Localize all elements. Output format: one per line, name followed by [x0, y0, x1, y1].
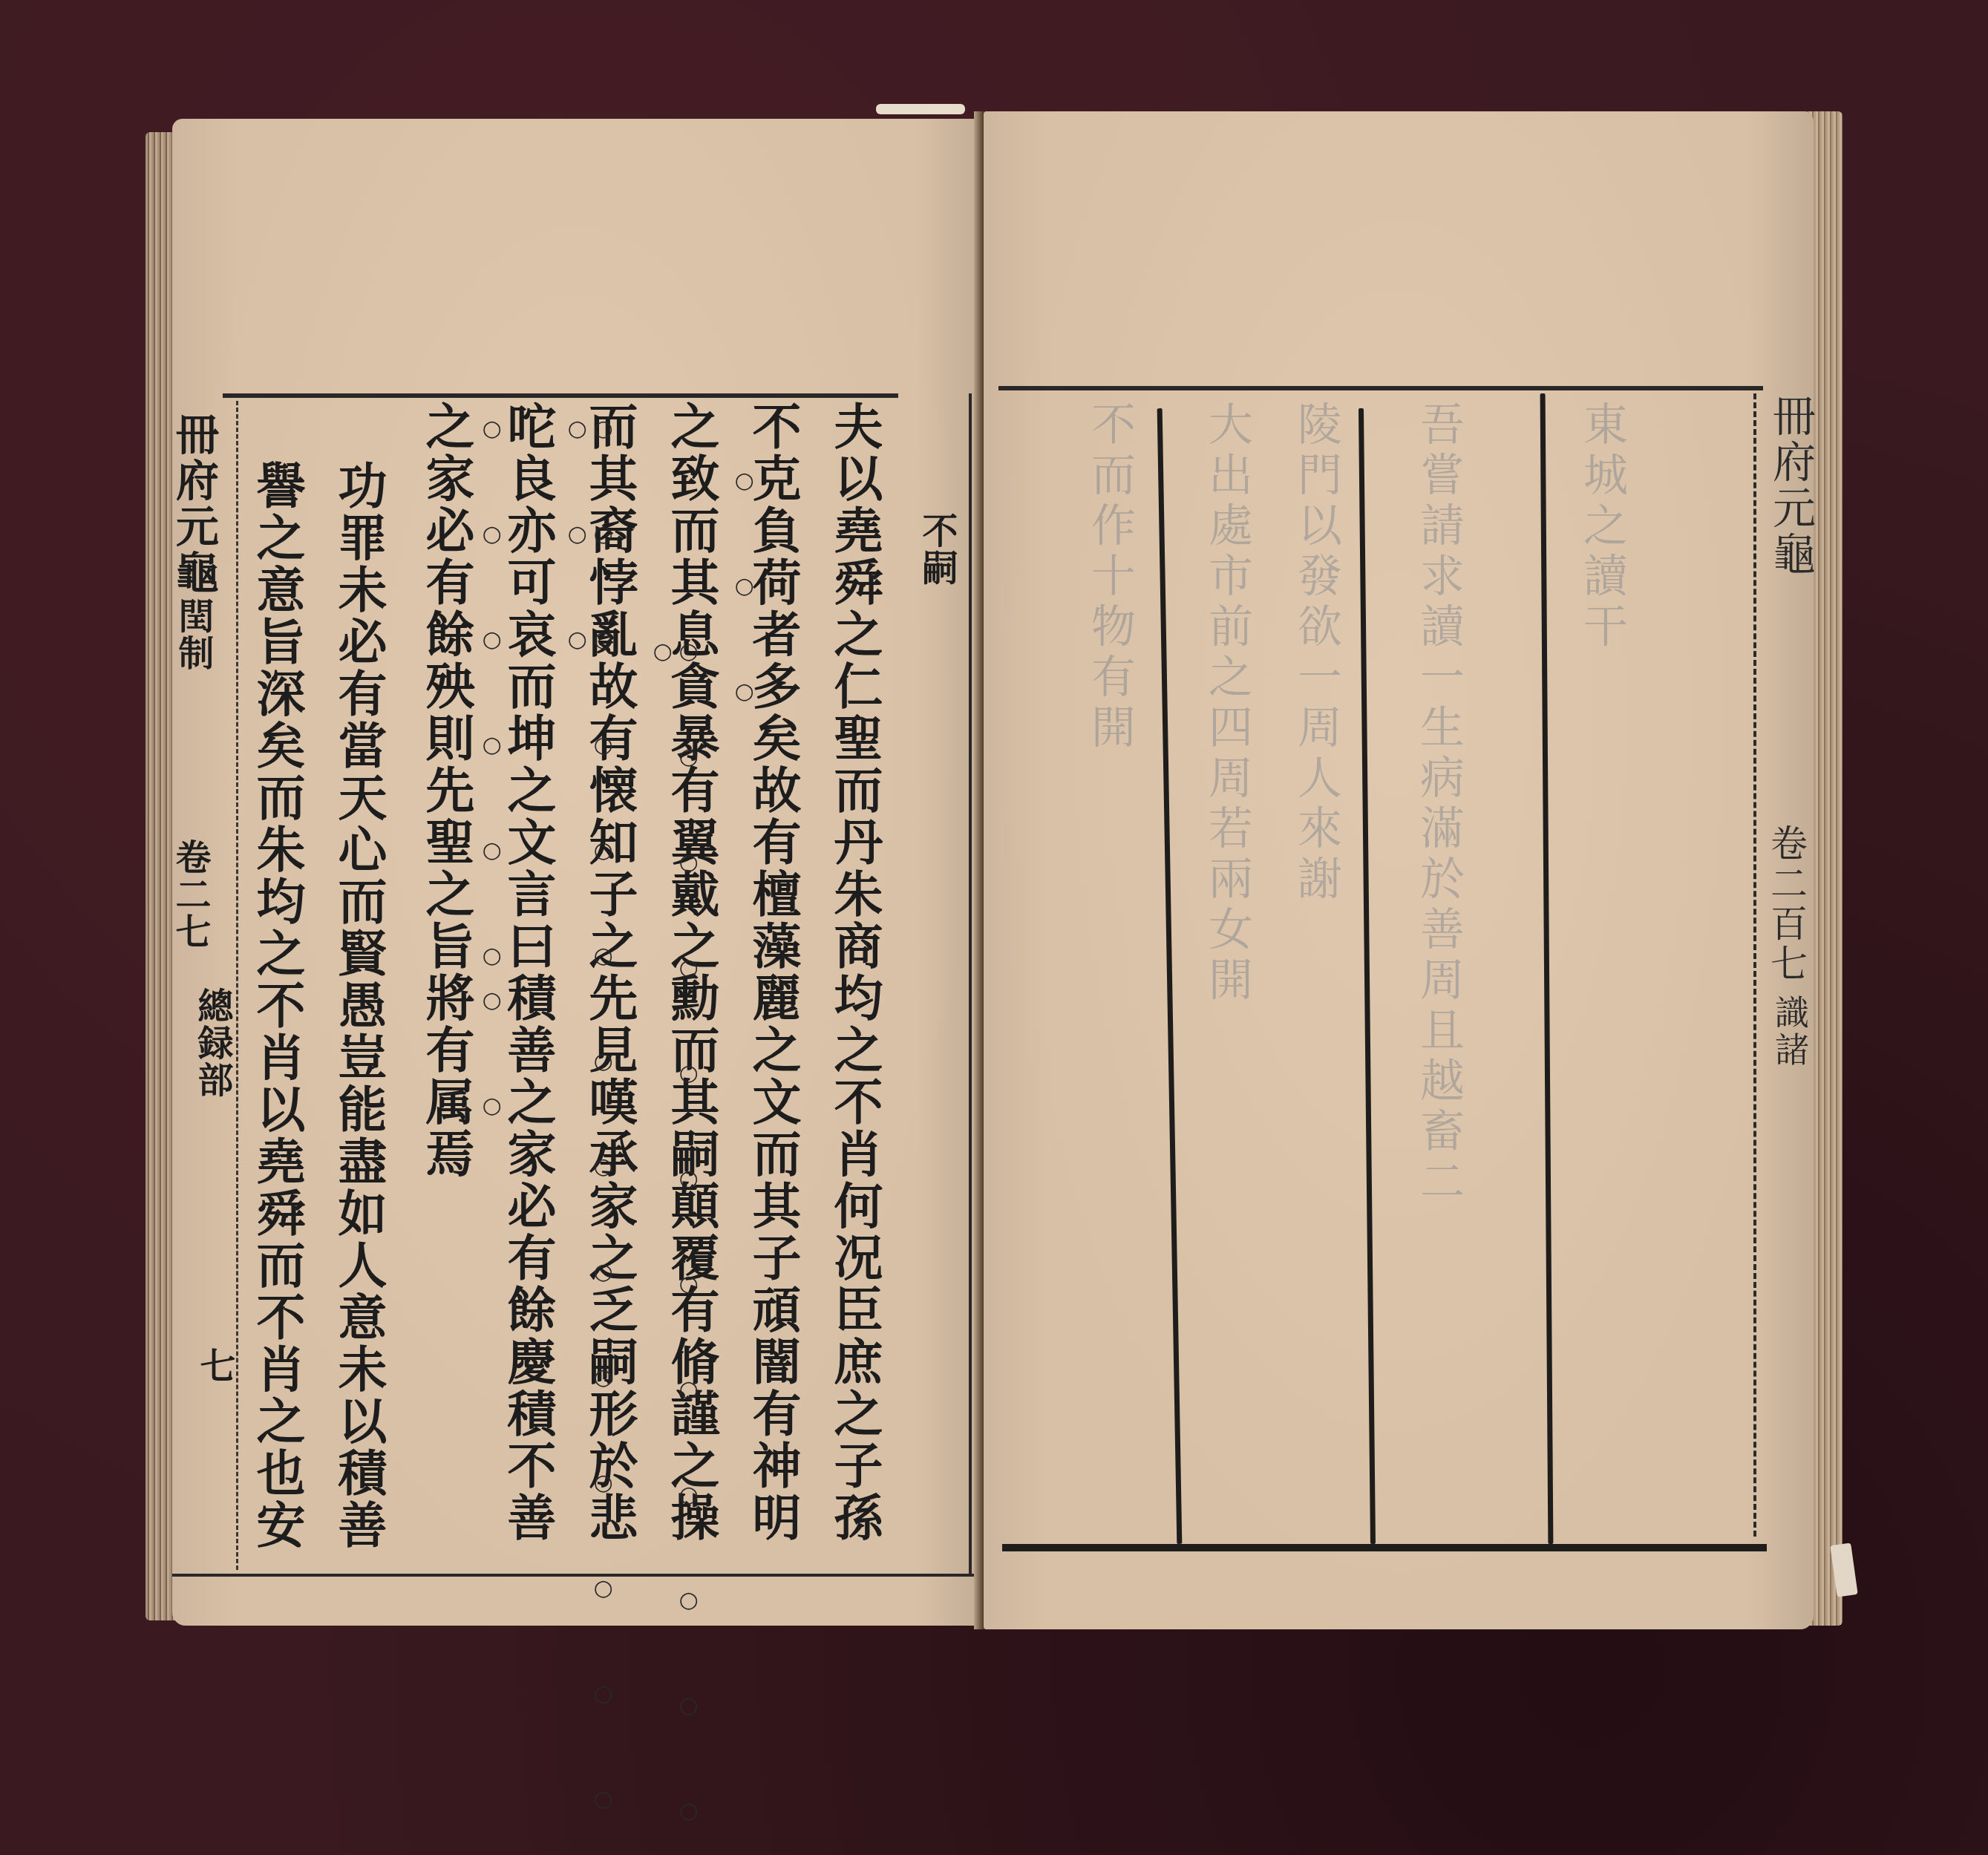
text-column-8: 譽之意旨深矣而朱均之不肖以堯舜而不肖之也安 [252, 460, 301, 1551]
bleed-through-column-1: 東城之讀干 [1577, 401, 1626, 653]
right-frame-bottom-rule [1002, 1544, 1767, 1551]
bleed-through-column-3: 陵門以發欲一周人來謝 [1292, 401, 1341, 906]
text-column-5: 咜良亦可哀而坤之文言曰積善之家必有餘慶積不善 [503, 401, 552, 1544]
margin-division: 總録部 [194, 987, 230, 1099]
section-heading: 不嗣 [919, 512, 955, 586]
bleed-through-column-4: 大出處市前之四周若兩女開 [1203, 401, 1252, 1007]
margin-section: 閏制 [175, 598, 211, 672]
text-column-7: 功罪未必有當天心而賢愚豈能盡如人意未以積善 [334, 460, 383, 1551]
spine-volume: 卷二百七 [1759, 824, 1813, 984]
spine-section: 識諸 [1765, 995, 1814, 1069]
punctuation-marks-col6: ○ ○ [479, 987, 505, 1145]
spine-book-title: 冊府元龜 [1759, 393, 1822, 578]
open-book: 冊府元龜 閏制 卷二七 總録部 七 不嗣 夫以堯舜之仁聖而丹朱商均之不肖何况臣庶… [0, 0, 1988, 1855]
right-frame-top-rule [998, 386, 1763, 390]
margin-volume: 卷二七 [172, 839, 208, 950]
text-column-6: 之家必有餘殃則先聖之旨將有属焉 [422, 401, 471, 1180]
bleed-through-column-5: 不而作十物有開 [1085, 401, 1134, 754]
margin-book-title: 冊府元龜 [172, 412, 215, 596]
punctuation-marks-col2: ○ ○ ○ [731, 468, 757, 731]
margin-page-number: 七 [197, 1347, 232, 1384]
margin-divider [236, 401, 238, 1570]
frayed-top-edge [876, 104, 965, 114]
punctuation-marks-col5: ○ ○ ○ ○ ○ ○ [479, 416, 505, 995]
left-frame-top-rule [223, 393, 898, 398]
left-frame-right-rule [969, 393, 972, 1574]
punctuation-marks-col3: ○ ○ ○ ○ ○ ○ ○ ○ ○ ○ ○ ○ ○ [650, 638, 702, 1855]
spine-divider [1753, 393, 1756, 1537]
punctuation-marks-col4: ○ ○ ○ ○ ○ ○ ○ ○ ○ ○ ○ ○ ○ ○ ○ ○ ○ [564, 416, 616, 1855]
right-page [984, 111, 1814, 1629]
bleed-through-column-2: 吾嘗請求讀一生病滿於善周且越畜二 [1414, 401, 1463, 1208]
text-column-1: 夫以堯舜之仁聖而丹朱商均之不肖何况臣庶之子孫 [830, 401, 879, 1544]
